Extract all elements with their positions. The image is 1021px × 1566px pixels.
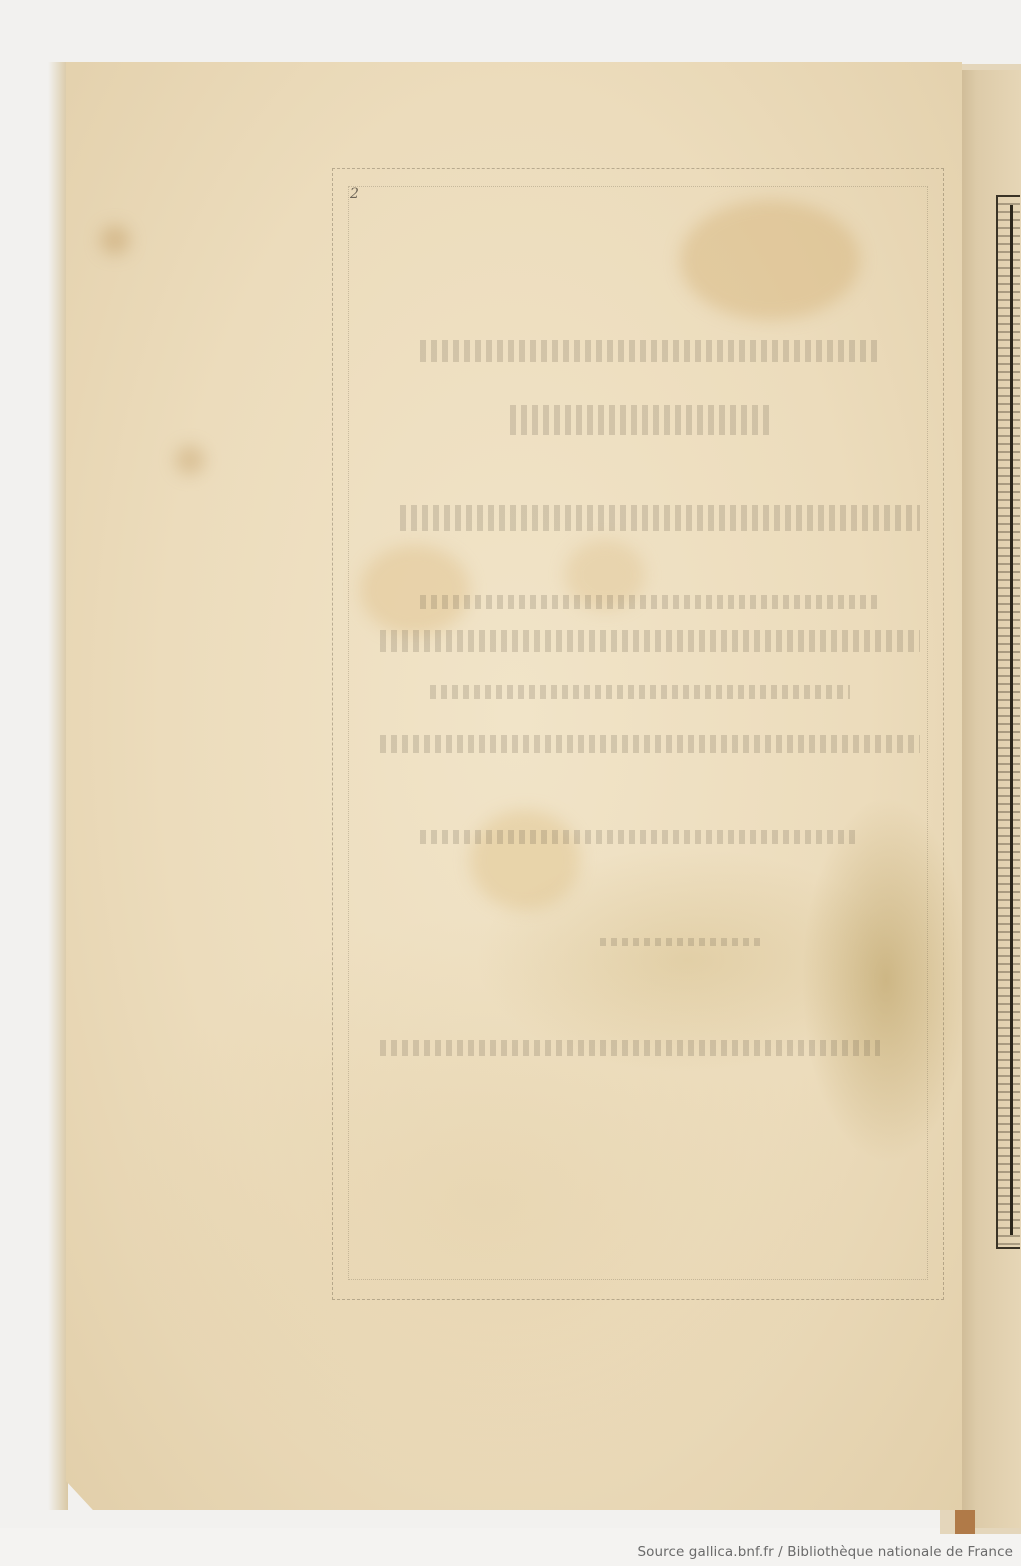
foxing-stain — [100, 225, 130, 255]
source-attribution: Source gallica.bnf.fr / Bibliothèque nat… — [637, 1544, 1013, 1560]
foxing-stain — [175, 445, 205, 475]
show-through-text — [430, 685, 850, 699]
show-through-text — [420, 340, 880, 362]
ornamental-border — [996, 195, 1020, 1249]
page-marker: 2 — [350, 186, 359, 202]
show-through-text — [510, 405, 770, 435]
page-edge — [48, 62, 68, 1510]
binding-tab — [955, 1510, 975, 1534]
show-through-text — [380, 1040, 880, 1056]
show-through-text — [420, 595, 880, 609]
show-through-text — [600, 938, 760, 946]
show-through-text — [420, 830, 860, 844]
show-through-text — [400, 505, 920, 531]
show-through-text — [380, 735, 920, 753]
ornamental-border-rule — [1010, 205, 1013, 1235]
show-through-text — [380, 630, 920, 652]
